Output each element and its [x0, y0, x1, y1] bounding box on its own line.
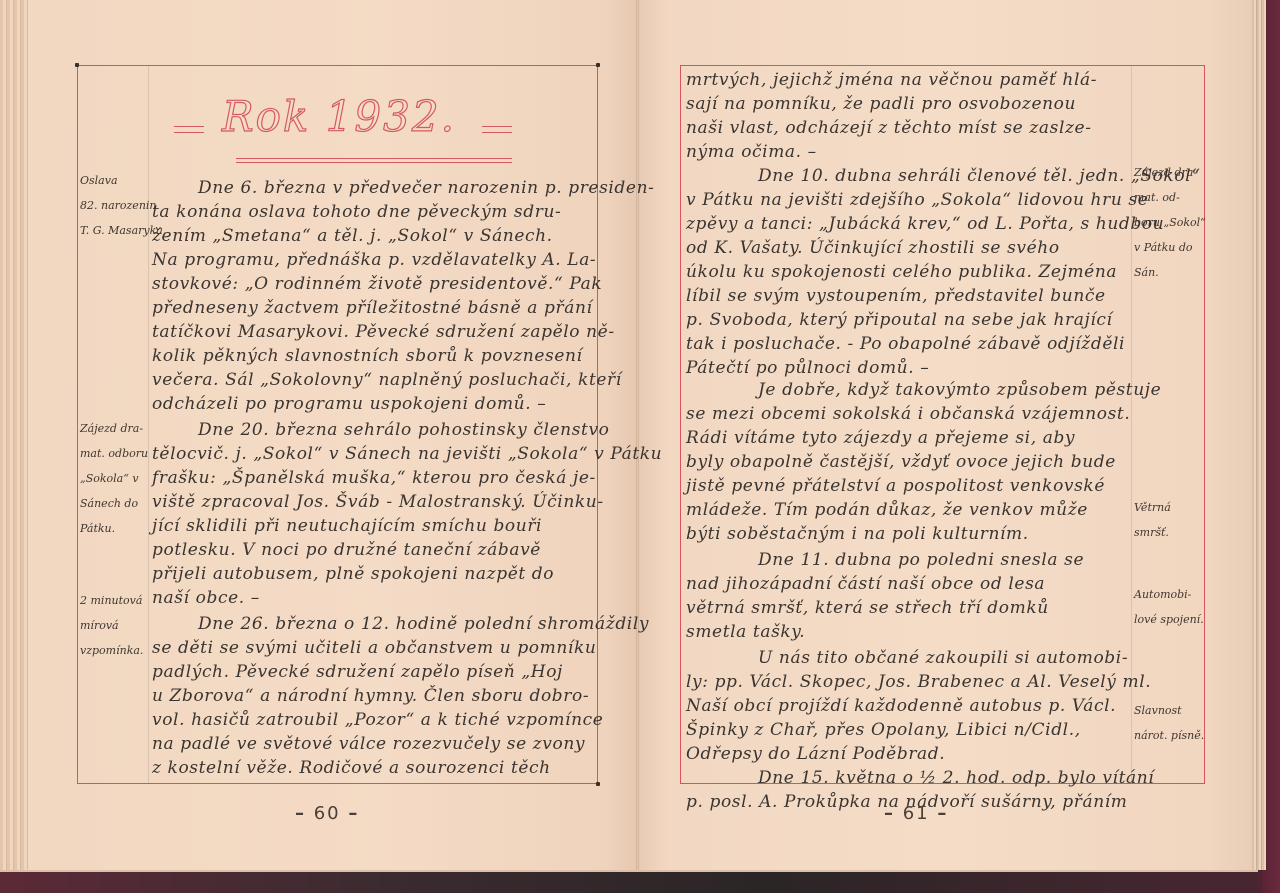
corner-dot — [75, 63, 79, 67]
corner-dot — [596, 63, 600, 67]
text-line: tak i posluchače. - Po obapolné zábavě o… — [686, 334, 1125, 354]
text-line: stovkové: „O rodinném životě presidentov… — [152, 274, 602, 294]
title-dash-left — [174, 126, 204, 133]
text-line: mrtvých, jejichž jména na věčnou paměť h… — [686, 70, 1097, 90]
text-line: u Zborova“ a národní hymny. Člen sboru d… — [152, 686, 589, 706]
text-line: Dne 26. března o 12. hodině polední shro… — [152, 614, 649, 634]
text-line: Dne 15. května o ½ 2. hod. odp. bylo vít… — [686, 768, 1154, 788]
text-line: Dne 20. března sehrálo pohostinsky člens… — [152, 420, 610, 440]
page-number-value: 61 — [903, 803, 930, 824]
text-line: mládeže. Tím podán důkaz, že venkov může — [686, 500, 1088, 520]
text-line: tělocvič. j. „Sokol“ v Sánech na jevišti… — [152, 444, 662, 464]
text-line: jící sklidili při neutuchajícím smíchu b… — [152, 516, 542, 536]
page-number-right: – 61 – — [884, 803, 948, 824]
margin-note: Zájezd dra- mat. odboru „Sokola“ v Sánec… — [80, 416, 148, 541]
text-line: býti soběstačným i na poli kulturním. — [686, 524, 1029, 544]
text-line: sají na pomníku, že padli pro osvobozeno… — [686, 94, 1076, 114]
year-heading: Rok 1932. — [172, 92, 512, 162]
text-line: ta konána oslava tohoto dne pěveckým sdr… — [152, 202, 561, 222]
text-line: Odřepsy do Lázní Poděbrad. — [686, 744, 945, 764]
text-line: naši vlast, odcházejí z těchto míst se z… — [686, 118, 1092, 138]
text-line: nýma očima. – — [686, 142, 817, 162]
book-spine — [636, 0, 639, 870]
text-line: potlesku. V noci po družné taneční zábav… — [152, 540, 541, 560]
text-line: Dne 6. března v předvečer narozenin p. p… — [152, 178, 654, 198]
text-line: p. Svoboda, který připoutal na sebe jak … — [686, 310, 1113, 330]
text-line: padlých. Pěvecké sdružení zapělo píseň „… — [152, 662, 563, 682]
text-line: líbil se svým vystoupením, představitel … — [686, 286, 1106, 306]
text-line: se děti se svými učiteli a občanstvem u … — [152, 638, 596, 658]
text-line: tatíčkovi Masarykovi. Pěvecké sdružení z… — [152, 322, 615, 342]
text-line: Rádi vítáme tyto zájezdy a přejeme si, a… — [686, 428, 1075, 448]
year-heading-text: Rok 1932. — [222, 92, 456, 141]
text-line: Dne 11. dubna po poledni snesla se — [686, 550, 1084, 570]
margin-note: 2 minutová mírová vzpomínka. — [80, 588, 143, 663]
text-line: frašku: „Španělská muška,“ kterou pro če… — [152, 468, 596, 488]
title-underline — [236, 158, 512, 163]
margin-note: Automobi- lové spojení. — [1134, 582, 1204, 632]
text-line: vol. hasičů zatroubil „Pozor“ a k tiché … — [152, 710, 603, 730]
page-number-left: – 60 – — [295, 803, 359, 824]
text-line: na padlé ve světové válce rozezvučely se… — [152, 734, 585, 754]
text-line: smetla tašky. — [686, 622, 805, 642]
text-line: přijeli autobusem, plně spokojeni nazpět… — [152, 564, 554, 584]
text-line: kolik pěkných slavnostních sborů k povzn… — [152, 346, 583, 366]
text-line: zpěvy a tanci: „Jubácká krev,“ od L. Poř… — [686, 214, 1164, 234]
text-line: nad jihozápadní částí naší obce od lesa — [686, 574, 1045, 594]
text-line: ly: pp. Václ. Skopec, Jos. Brabenec a Al… — [686, 672, 1151, 692]
margin-note: Větrná smršť. — [1134, 495, 1171, 545]
text-line: jistě pevné přátelství a pospolitost ven… — [686, 476, 1105, 496]
text-line: předneseny žactvem příležitostné básně a… — [152, 298, 593, 318]
text-line: se mezi obcemi sokolská i občanská vzáje… — [686, 404, 1130, 424]
text-line: Špinky z Chař, přes Opolany, Libici n/Ci… — [686, 720, 1081, 740]
text-line: Naší obcí projíždí každodenně autobus p.… — [686, 696, 1116, 716]
text-line: U nás tito občané zakoupili si automobi- — [686, 648, 1128, 668]
text-line: viště zpracoval Jos. Šváb - Malostranský… — [152, 492, 604, 512]
text-line: naší obce. – — [152, 588, 260, 608]
text-line: Na programu, přednáška p. vzdělavatelky … — [152, 250, 596, 270]
text-line: v Pátku na jevišti zdejšího „Sokola“ lid… — [686, 190, 1148, 210]
text-line: večera. Sál „Sokolovny“ naplněný posluch… — [152, 370, 622, 390]
margin-note: Slavnost nárot. písně. — [1134, 698, 1204, 748]
text-line: větrná smršť, která se střech tří domků — [686, 598, 1049, 618]
text-line: odcházeli po programu uspokojeni domů. – — [152, 394, 546, 414]
corner-dot — [596, 782, 600, 786]
text-line: Dne 10. dubna sehráli členové těl. jedn.… — [686, 166, 1201, 186]
page-edges-right — [1252, 0, 1266, 870]
text-line: z kostelní věže. Rodičové a sourozenci t… — [152, 758, 551, 778]
title-dash-right — [482, 126, 512, 133]
text-line: od K. Vašaty. Účinkující zhostili se své… — [686, 238, 1060, 258]
page-edges-left — [0, 0, 28, 870]
text-line: byly obapolně častější, vždyť ovoce jeji… — [686, 452, 1116, 472]
page-number-value: 60 — [314, 803, 341, 824]
text-line: Je dobře, když takovýmto způsobem pěstuj… — [686, 380, 1161, 400]
text-line: úkolu ku spokojenosti celého publika. Ze… — [686, 262, 1117, 282]
text-line: žením „Smetana“ a těl. j. „Sokol“ v Sáne… — [152, 226, 553, 246]
text-line: Pátečtí po půlnoci domů. – — [686, 358, 929, 378]
